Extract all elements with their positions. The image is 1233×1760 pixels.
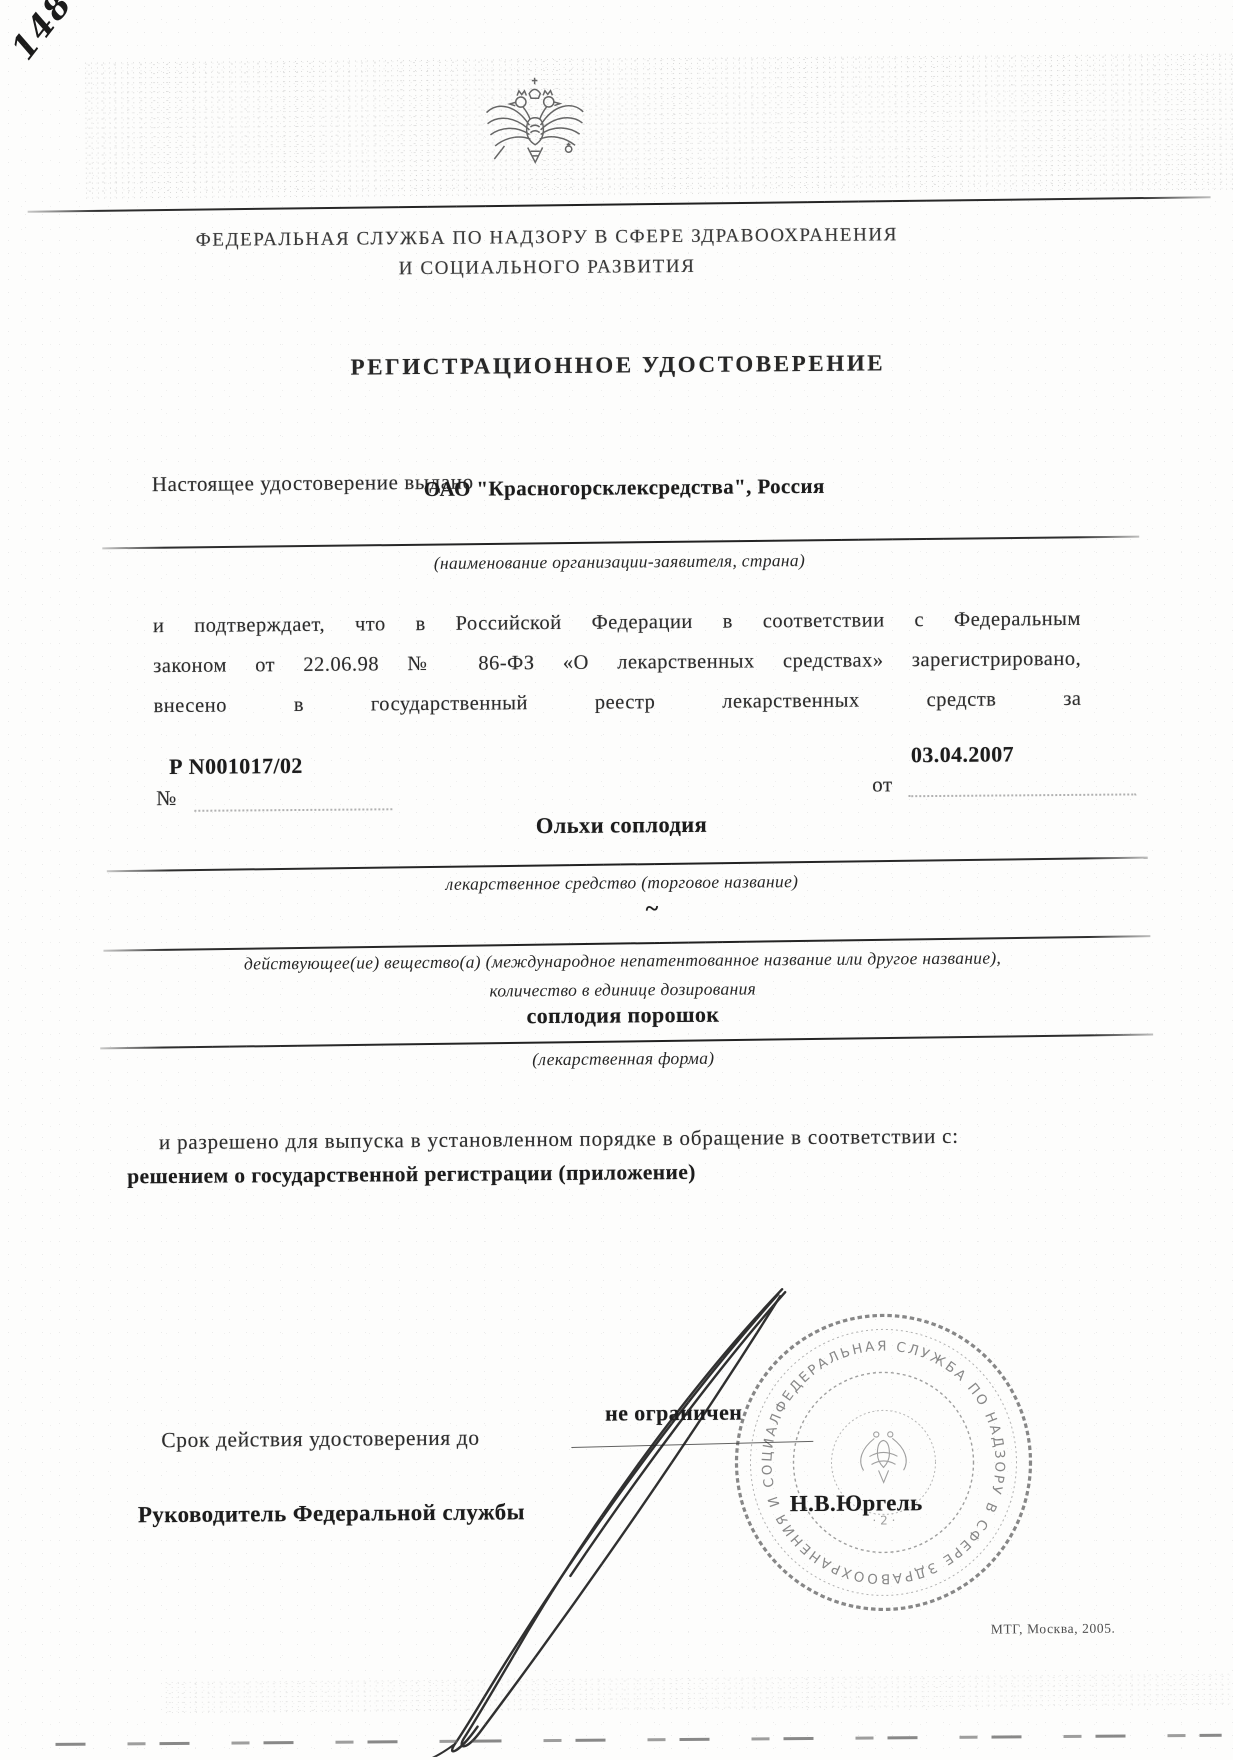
issued-to-caption: (наименование организации-заявителя, стр… bbox=[154, 548, 1084, 576]
authorization-line-normal: и разрешено для выпуска в установленном … bbox=[131, 1123, 1081, 1155]
header-rule bbox=[28, 196, 1211, 212]
scanned-certificate-page: 148 bbox=[0, 0, 1233, 1760]
signatory-name: Н.В.Юргель bbox=[790, 1490, 923, 1517]
confirmation-paragraph: и подтверждает, что в Российской Федерац… bbox=[153, 599, 1082, 726]
print-note: МТГ, Москва, 2005. bbox=[991, 1621, 1116, 1638]
dosage-form: соплодия порошок bbox=[158, 999, 1088, 1032]
authorization-line-bold: решением о государственной регистрации (… bbox=[127, 1157, 1077, 1189]
dosage-form-caption: (лекарственная форма) bbox=[158, 1045, 1088, 1073]
registration-number-label: № bbox=[156, 786, 177, 811]
trade-name: Ольхи соплодия bbox=[156, 809, 1086, 842]
signatory-title: Руководитель Федеральной службы bbox=[138, 1499, 525, 1528]
scan-content: ФЕДЕРАЛЬНАЯ СЛУЖБА ПО НАДЗОРУ В СФЕРЕ ЗД… bbox=[0, 0, 1233, 1760]
registration-date: 03.04.2007 bbox=[911, 741, 1014, 768]
issued-to-value: ОАО "Красногорсклексредства", Россия bbox=[424, 474, 825, 502]
trade-name-caption: лекарственное средство (торговое названи… bbox=[157, 869, 1087, 897]
substance-value: ~ bbox=[187, 893, 1117, 927]
registration-number: Р N001017/02 bbox=[169, 753, 303, 780]
authority-name-line2: И СОЦИАЛЬНОГО РАЗВИТИЯ bbox=[82, 249, 1012, 286]
document-title: РЕГИСТРАЦИОННОЕ УДОСТОВЕРЕНИЕ bbox=[153, 349, 1083, 382]
confirmation-line: внесено в государственный реестр лекарст… bbox=[153, 679, 1081, 726]
issued-to-rule bbox=[102, 536, 1139, 549]
registration-date-label: от bbox=[872, 772, 893, 797]
russia-coat-of-arms-icon bbox=[479, 73, 592, 180]
substance-caption-line1: действующее(ие) вещество(а) (международн… bbox=[117, 947, 1127, 976]
scan-noise-band-top bbox=[82, 52, 1233, 199]
registration-number-line bbox=[194, 808, 392, 812]
registration-date-line bbox=[908, 793, 1136, 797]
